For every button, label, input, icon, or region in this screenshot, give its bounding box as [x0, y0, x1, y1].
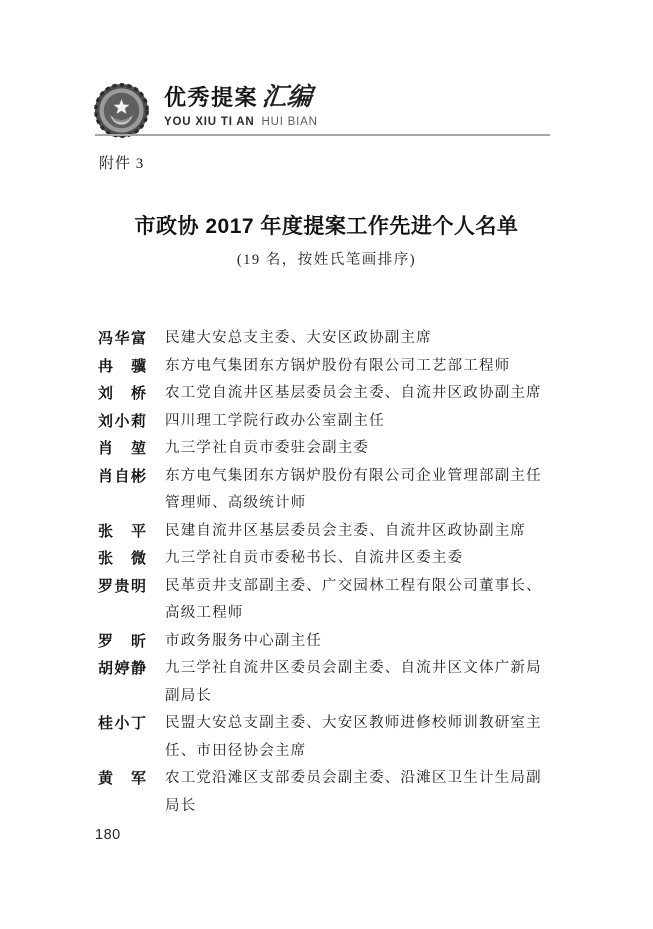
entry-description: 农工党自流井区基层委员会主委、自流井区政协副主席	[165, 380, 558, 408]
page-number: 180	[95, 827, 121, 843]
entry-description-line: 东方电气集团东方锅炉股份有限公司工艺部工程师	[165, 353, 558, 381]
entry-description-line: 九三学社自贡市委秘书长、自流井区委主委	[165, 545, 558, 573]
list-item: 罗 昕 市政务服务中心副主任	[98, 628, 558, 656]
entry-description-line: 九三学社自流井区委员会副主委、自流井区文体广新局	[165, 655, 558, 683]
publication-logo: 优秀提案 汇编 YOU XIU TI AN HUI BIAN	[93, 82, 318, 139]
attachment-label: 附件 3	[99, 152, 144, 173]
entry-description-line: 农工党沿滩区支部委员会副主委、沿滩区卫生计生局副	[165, 765, 558, 793]
logo-pinyin: YOU XIU TI AN HUI BIAN	[164, 116, 318, 128]
entry-description-line: 四川理工学院行政办公室副主任	[165, 408, 558, 436]
list-item: 肖自彬 东方电气集团东方锅炉股份有限公司企业管理部副主任管理师、高级统计师	[98, 463, 558, 518]
entry-description: 东方电气集团东方锅炉股份有限公司工艺部工程师	[165, 353, 558, 381]
list-item: 张 平 民建自流井区基层委员会主委、自流井区政协副主席	[98, 518, 558, 546]
entry-name: 胡婷静	[98, 655, 165, 683]
entry-description-line: 农工党自流井区基层委员会主委、自流井区政协副主席	[165, 380, 558, 408]
entry-name: 肖 堃	[98, 435, 165, 463]
entry-description-line: 管理师、高级统计师	[165, 490, 558, 518]
list-item: 刘小莉 四川理工学院行政办公室副主任	[98, 408, 558, 436]
list-item: 胡婷静 九三学社自流井区委员会副主委、自流井区文体广新局副局长	[98, 655, 558, 710]
logo-text: 优秀提案 汇编 YOU XIU TI AN HUI BIAN	[164, 82, 318, 128]
list-item: 黄 军 农工党沿滩区支部委员会副主委、沿滩区卫生计生局副局长	[98, 765, 558, 820]
entry-description-line: 九三学社自贡市委驻会副主委	[165, 435, 558, 463]
entry-description-line: 市政务服务中心副主任	[165, 628, 558, 656]
entry-name: 刘小莉	[98, 408, 165, 436]
list-item: 刘 桥 农工党自流井区基层委员会主委、自流井区政协副主席	[98, 380, 558, 408]
logo-title-script: 汇编	[261, 84, 314, 109]
entry-description: 九三学社自贡市委驻会副主委	[165, 435, 558, 463]
logo-title: 优秀提案	[164, 87, 258, 109]
entry-description-line: 任、市田径协会主席	[165, 738, 558, 766]
entry-name: 罗 昕	[98, 628, 165, 656]
entry-description: 东方电气集团东方锅炉股份有限公司企业管理部副主任管理师、高级统计师	[165, 463, 558, 518]
entry-name: 罗贵明	[98, 573, 165, 601]
entry-description: 民建大安总支主委、大安区政协副主席	[165, 325, 558, 353]
entry-description: 市政务服务中心副主任	[165, 628, 558, 656]
entry-description: 民建自流井区基层委员会主委、自流井区政协副主席	[165, 518, 558, 546]
entry-name: 张 平	[98, 518, 165, 546]
entry-name: 刘 桥	[98, 380, 165, 408]
entry-name: 桂小丁	[98, 710, 165, 738]
entry-description-line: 局长	[165, 793, 558, 821]
entry-description-line: 高级工程师	[165, 600, 558, 628]
page-subtitle: (19 名，按姓氏笔画排序)	[0, 248, 653, 269]
entry-description: 九三学社自流井区委员会副主委、自流井区文体广新局副局长	[165, 655, 558, 710]
entry-name: 肖自彬	[98, 463, 165, 491]
entry-name: 黄 军	[98, 765, 165, 793]
page-title: 市政协 2017 年度提案工作先进个人名单	[0, 210, 653, 240]
entry-description-line: 东方电气集团东方锅炉股份有限公司企业管理部副主任	[165, 463, 558, 491]
logo-pinyin-sub: HUI BIAN	[261, 116, 317, 128]
entry-description-line: 民建自流井区基层委员会主委、自流井区政协副主席	[165, 518, 558, 546]
list-item: 罗贵明 民革贡井支部副主委、广交园林工程有限公司董事长、高级工程师	[98, 573, 558, 628]
list-item: 冉 骥 东方电气集团东方锅炉股份有限公司工艺部工程师	[98, 353, 558, 381]
entry-description: 民盟大安总支副主委、大安区教师进修校师训教研室主任、市田径协会主席	[165, 710, 558, 765]
list-item: 肖 堃 九三学社自贡市委驻会副主委	[98, 435, 558, 463]
entry-name: 张 微	[98, 545, 165, 573]
entries-list: 冯华富 民建大安总支主委、大安区政协副主席 冉 骥 东方电气集团东方锅炉股份有限…	[98, 325, 558, 820]
entry-description: 农工党沿滩区支部委员会副主委、沿滩区卫生计生局副局长	[165, 765, 558, 820]
entry-name: 冯华富	[98, 325, 165, 353]
document-page: 优秀提案 汇编 YOU XIU TI AN HUI BIAN 附件 3 市政协 …	[0, 0, 653, 929]
logo-pinyin-main: YOU XIU TI AN	[164, 116, 254, 128]
entry-description-line: 民革贡井支部副主委、广交园林工程有限公司董事长、	[165, 573, 558, 601]
entry-description-line: 民建大安总支主委、大安区政协副主席	[165, 325, 558, 353]
header-divider	[95, 134, 550, 136]
entry-description-line: 副局长	[165, 683, 558, 711]
entry-description-line: 民盟大安总支副主委、大安区教师进修校师训教研室主	[165, 710, 558, 738]
cppcc-emblem-icon	[93, 82, 150, 139]
entry-name: 冉 骥	[98, 353, 165, 381]
list-item: 桂小丁 民盟大安总支副主委、大安区教师进修校师训教研室主任、市田径协会主席	[98, 710, 558, 765]
list-item: 冯华富 民建大安总支主委、大安区政协副主席	[98, 325, 558, 353]
entry-description: 九三学社自贡市委秘书长、自流井区委主委	[165, 545, 558, 573]
list-item: 张 微 九三学社自贡市委秘书长、自流井区委主委	[98, 545, 558, 573]
entry-description: 四川理工学院行政办公室副主任	[165, 408, 558, 436]
entry-description: 民革贡井支部副主委、广交园林工程有限公司董事长、高级工程师	[165, 573, 558, 628]
